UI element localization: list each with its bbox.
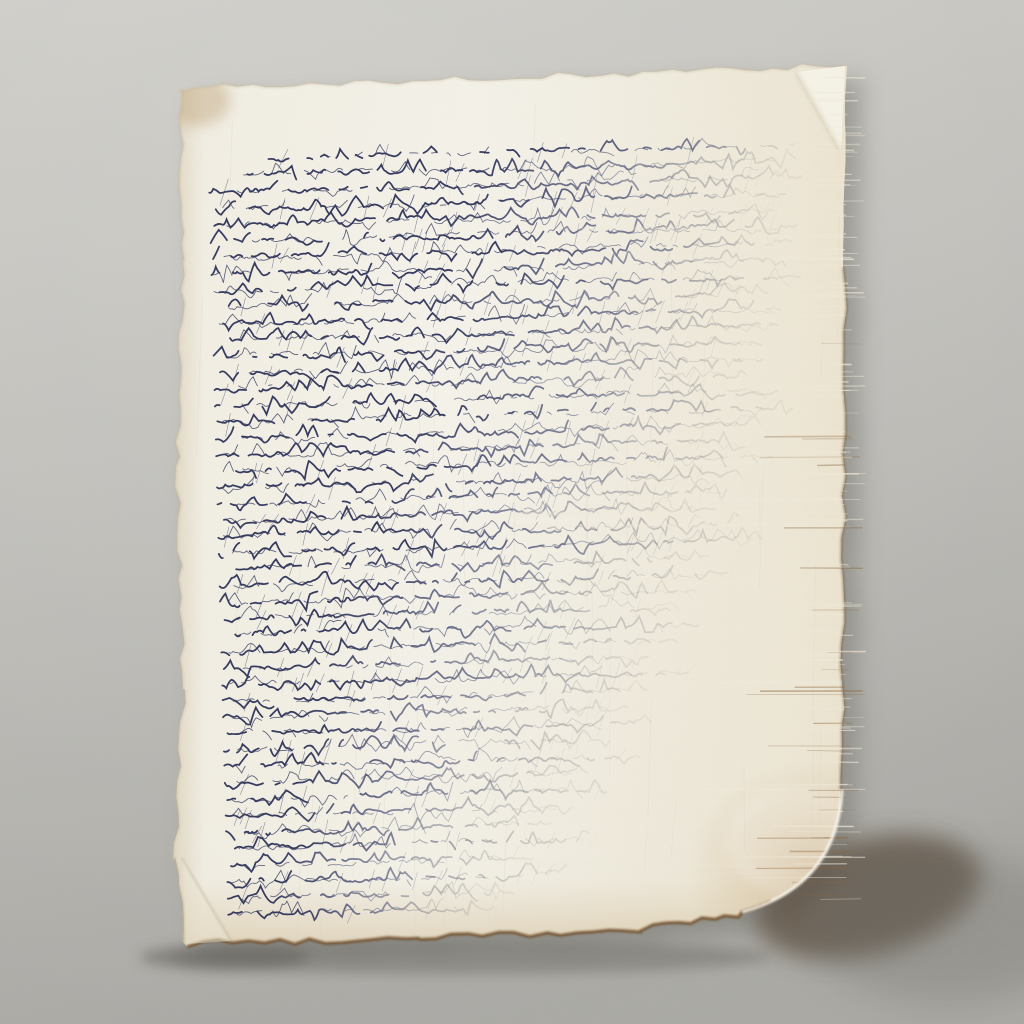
scene-canvas xyxy=(0,0,1024,1024)
photograph-handwritten-letter xyxy=(0,0,1024,1024)
film-grain xyxy=(0,0,1024,1024)
